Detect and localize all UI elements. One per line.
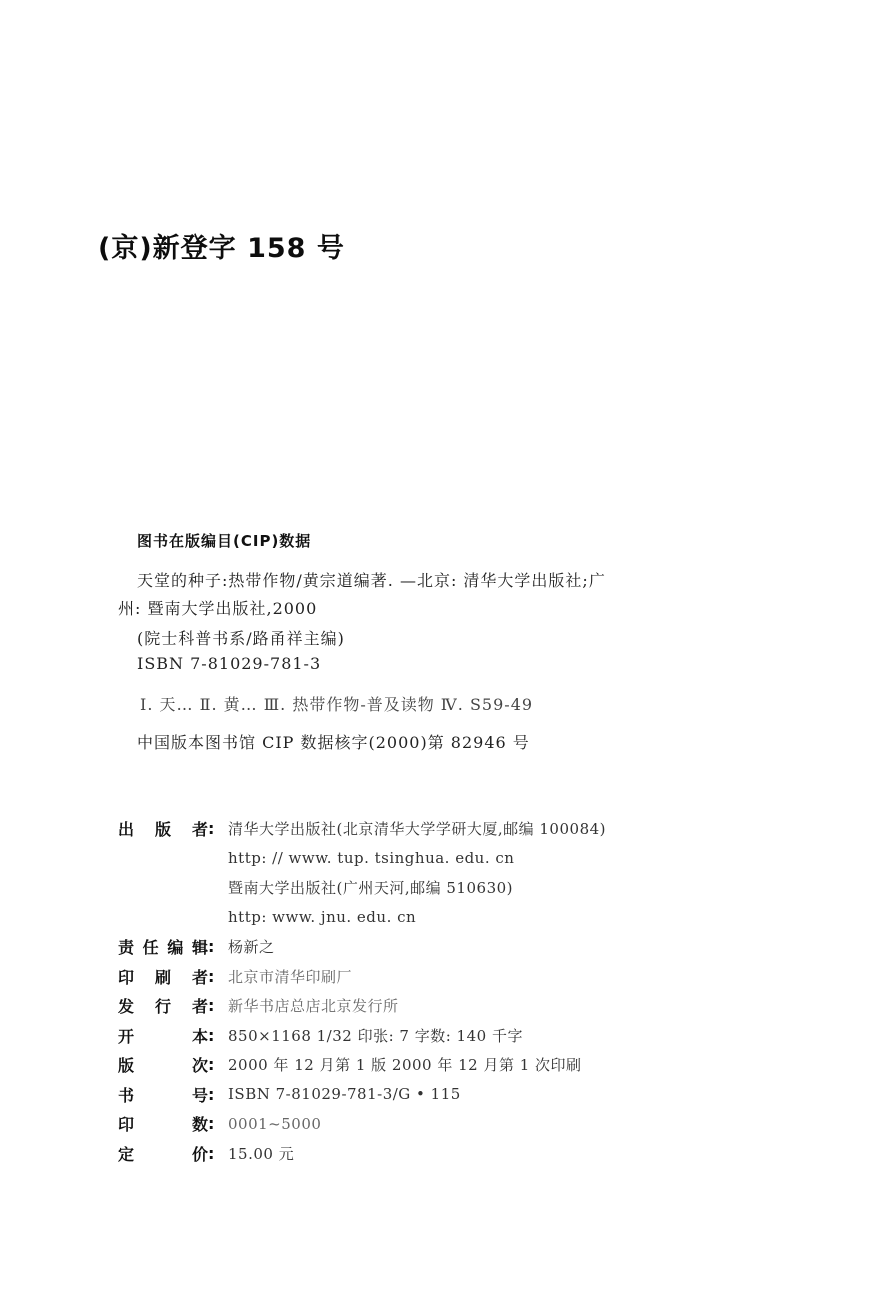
label-distributor: 发行者 — [118, 994, 208, 1017]
imprint-row-printer: 印刷者 : 北京市清华印刷厂 — [118, 962, 818, 992]
label-publisher: 出版者 — [118, 817, 208, 840]
value-isbn: ISBN 7-81029-781-3/G • 115 — [228, 1085, 461, 1103]
label-price: 定价 — [118, 1142, 208, 1165]
value-printer: 北京市清华印刷厂 — [228, 966, 352, 987]
label-print-run: 印数 — [118, 1112, 208, 1135]
cip-line-isbn: ISBN 7-81029-781-3 — [137, 654, 321, 673]
value-url-jnu: http: www. jnu. edu. cn — [228, 908, 416, 926]
imprint-row-price: 定价 : 15.00 元 — [118, 1139, 818, 1169]
imprint-row-url-2: http: www. jnu. edu. cn — [118, 903, 818, 933]
label-edition: 版次 — [118, 1053, 208, 1076]
imprint-row-distributor: 发行者 : 新华书店总店北京发行所 — [118, 991, 818, 1021]
value-url-tup: http: // www. tup. tsinghua. edu. cn — [228, 849, 514, 867]
value-print-run: 0001~5000 — [228, 1115, 321, 1133]
label-format: 开本 — [118, 1024, 208, 1047]
imprint-row-editor: 责任编辑 : 杨新之 — [118, 932, 818, 962]
value-publisher: 清华大学出版社(北京清华大学学研大厦,邮编 100084) — [228, 818, 606, 839]
cip-line-title: 天堂的种子:热带作物/黄宗道编著. —北京: 清华大学出版社;广 — [137, 568, 606, 591]
value-price: 15.00 元 — [228, 1143, 294, 1164]
imprint-table: 出版者 : 清华大学出版社(北京清华大学学研大厦,邮编 100084) http… — [118, 814, 818, 1168]
value-distributor: 新华书店总店北京发行所 — [228, 995, 399, 1016]
imprint-row-publisher-2: 暨南大学出版社(广州天河,邮编 510630) — [118, 873, 818, 903]
imprint-row-url-1: http: // www. tup. tsinghua. edu. cn — [118, 844, 818, 874]
imprint-row-format: 开本 : 850×1168 1/32 印张: 7 字数: 140 千字 — [118, 1021, 818, 1051]
label-editor: 责任编辑 — [118, 935, 208, 958]
value-publisher-2: 暨南大学出版社(广州天河,邮编 510630) — [228, 877, 513, 898]
label-printer: 印刷者 — [118, 965, 208, 988]
cip-line-series: (院士科普书系/路甬祥主编) — [137, 626, 345, 649]
imprint-row-isbn: 书号 : ISBN 7-81029-781-3/G • 115 — [118, 1080, 818, 1110]
value-format: 850×1168 1/32 印张: 7 字数: 140 千字 — [228, 1025, 523, 1046]
imprint-row-print-run: 印数 : 0001~5000 — [118, 1109, 818, 1139]
label-isbn: 书号 — [118, 1083, 208, 1106]
value-editor: 杨新之 — [228, 936, 275, 957]
value-edition: 2000 年 12 月第 1 版 2000 年 12 月第 1 次印刷 — [228, 1054, 582, 1075]
registration-number: (京)新登字 158 号 — [98, 226, 345, 265]
cip-line-publisher: 州: 暨南大学出版社,2000 — [118, 596, 317, 619]
imprint-row-edition: 版次 : 2000 年 12 月第 1 版 2000 年 12 月第 1 次印刷 — [118, 1050, 818, 1080]
cip-line-classification: Ⅰ. 天… Ⅱ. 黄… Ⅲ. 热带作物-普及读物 Ⅳ. S59-49 — [140, 692, 533, 715]
imprint-row-publisher: 出版者 : 清华大学出版社(北京清华大学学研大厦,邮编 100084) — [118, 814, 818, 844]
cip-line-verification: 中国版本图书馆 CIP 数据核字(2000)第 82946 号 — [137, 730, 530, 753]
cip-title: 图书在版编目(CIP)数据 — [137, 530, 311, 551]
